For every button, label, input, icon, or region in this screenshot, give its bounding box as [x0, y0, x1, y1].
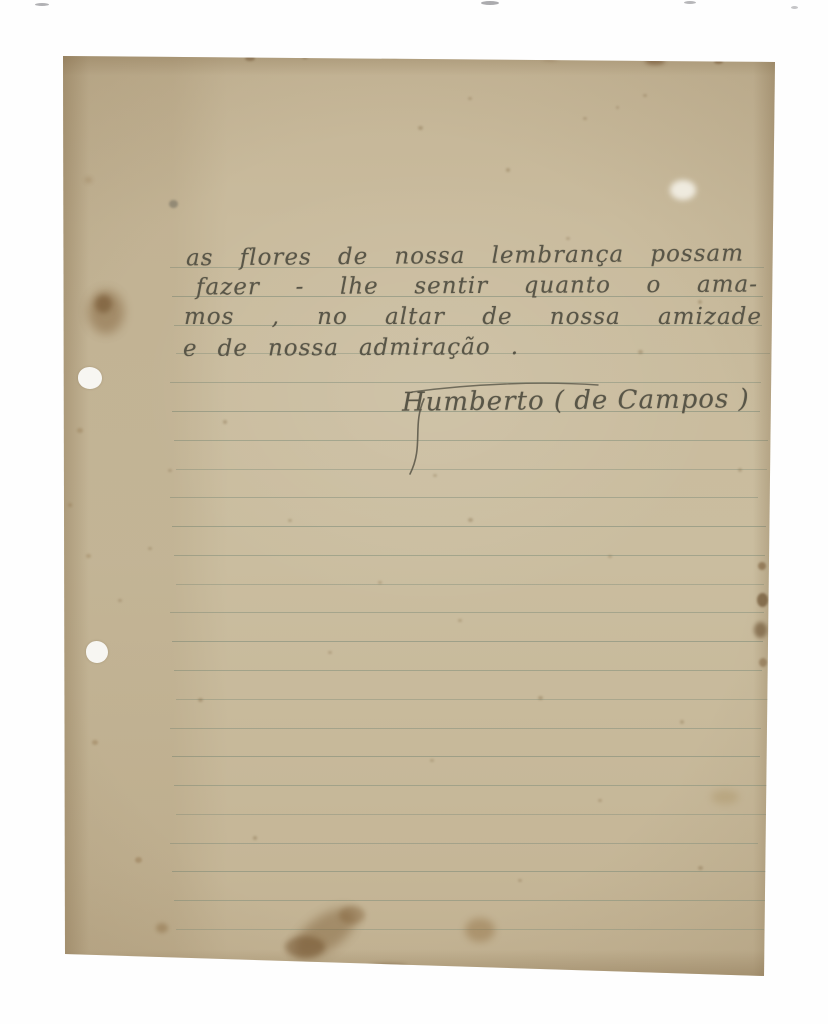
- stain-speck: [245, 56, 255, 61]
- stain-speck: [433, 474, 437, 477]
- stain-speck: [418, 126, 423, 130]
- stain-speck: [68, 503, 72, 507]
- scanned-manuscript: as flores de nossa lembrança possam faze…: [0, 0, 828, 1024]
- light-spot: [670, 180, 696, 200]
- stain-speck: [643, 94, 647, 97]
- stain-speck: [481, 1, 499, 5]
- stain-speck: [757, 593, 768, 607]
- stain-speck: [616, 106, 619, 109]
- stain-speck: [566, 237, 570, 240]
- stain-speck: [645, 57, 665, 65]
- stain-speck: [506, 168, 510, 172]
- manuscript-paper: as flores de nossa lembrança possam faze…: [0, 0, 828, 1024]
- stain-speck: [285, 936, 325, 958]
- stain-speck: [758, 562, 766, 570]
- stain-speck: [465, 918, 495, 942]
- handwritten-line-2: fazer - lhe sentir quanto o ama-: [196, 270, 758, 303]
- stain-speck: [302, 55, 308, 59]
- stain-speck: [198, 698, 203, 702]
- stain-speck: [759, 658, 767, 667]
- stain-speck: [118, 599, 122, 602]
- stain-speck: [368, 964, 408, 970]
- stain-speck: [468, 518, 473, 522]
- stain-speck: [328, 651, 332, 654]
- stain-speck: [714, 59, 723, 64]
- signature: Humberto ( de Campos ): [402, 384, 734, 417]
- stain-speck: [148, 547, 152, 550]
- stain-speck: [156, 923, 168, 933]
- stain-speck: [542, 54, 558, 60]
- stain-speck: [378, 581, 382, 584]
- stain-speck: [583, 117, 587, 120]
- stain-speck: [698, 300, 702, 304]
- paper-edge-shading: [63, 56, 775, 976]
- stain-speck: [754, 622, 767, 638]
- stain-speck: [711, 790, 739, 804]
- stain-speck: [608, 555, 612, 558]
- stain-speck: [391, 54, 399, 58]
- stain-speck: [738, 468, 742, 472]
- stain-speck: [35, 3, 49, 6]
- stain-speck: [168, 469, 172, 472]
- stain-speck: [684, 1, 696, 4]
- stain-speck: [598, 799, 602, 802]
- stain-speck: [253, 836, 257, 840]
- handwritten-line-3: mos , no altar de nossa amizade: [184, 302, 762, 332]
- stain-speck: [135, 857, 142, 863]
- stain-speck: [288, 519, 292, 522]
- punch-hole: [78, 367, 102, 389]
- stain-speck: [698, 866, 703, 870]
- handwritten-line-1: as flores de nossa lembrança possam: [186, 239, 744, 274]
- stain-speck: [791, 6, 798, 9]
- stain-speck: [92, 740, 98, 745]
- stain-speck: [223, 420, 227, 424]
- stain-speck: [95, 295, 112, 313]
- stain-speck: [339, 906, 365, 924]
- stain-speck: [468, 97, 472, 100]
- stain-speck: [638, 350, 643, 354]
- stain-speck: [680, 720, 684, 724]
- handwritten-line-4: e de nossa admiração .: [183, 332, 519, 364]
- stain-speck: [85, 177, 92, 183]
- stain-speck: [518, 879, 522, 882]
- stain-speck: [169, 200, 178, 208]
- stain-speck: [204, 261, 207, 264]
- stain-speck: [538, 696, 543, 700]
- stain-speck: [77, 428, 83, 433]
- stain-speck: [458, 619, 462, 622]
- punch-hole: [86, 641, 108, 663]
- stain-speck: [430, 759, 434, 762]
- stain-speck: [86, 554, 91, 558]
